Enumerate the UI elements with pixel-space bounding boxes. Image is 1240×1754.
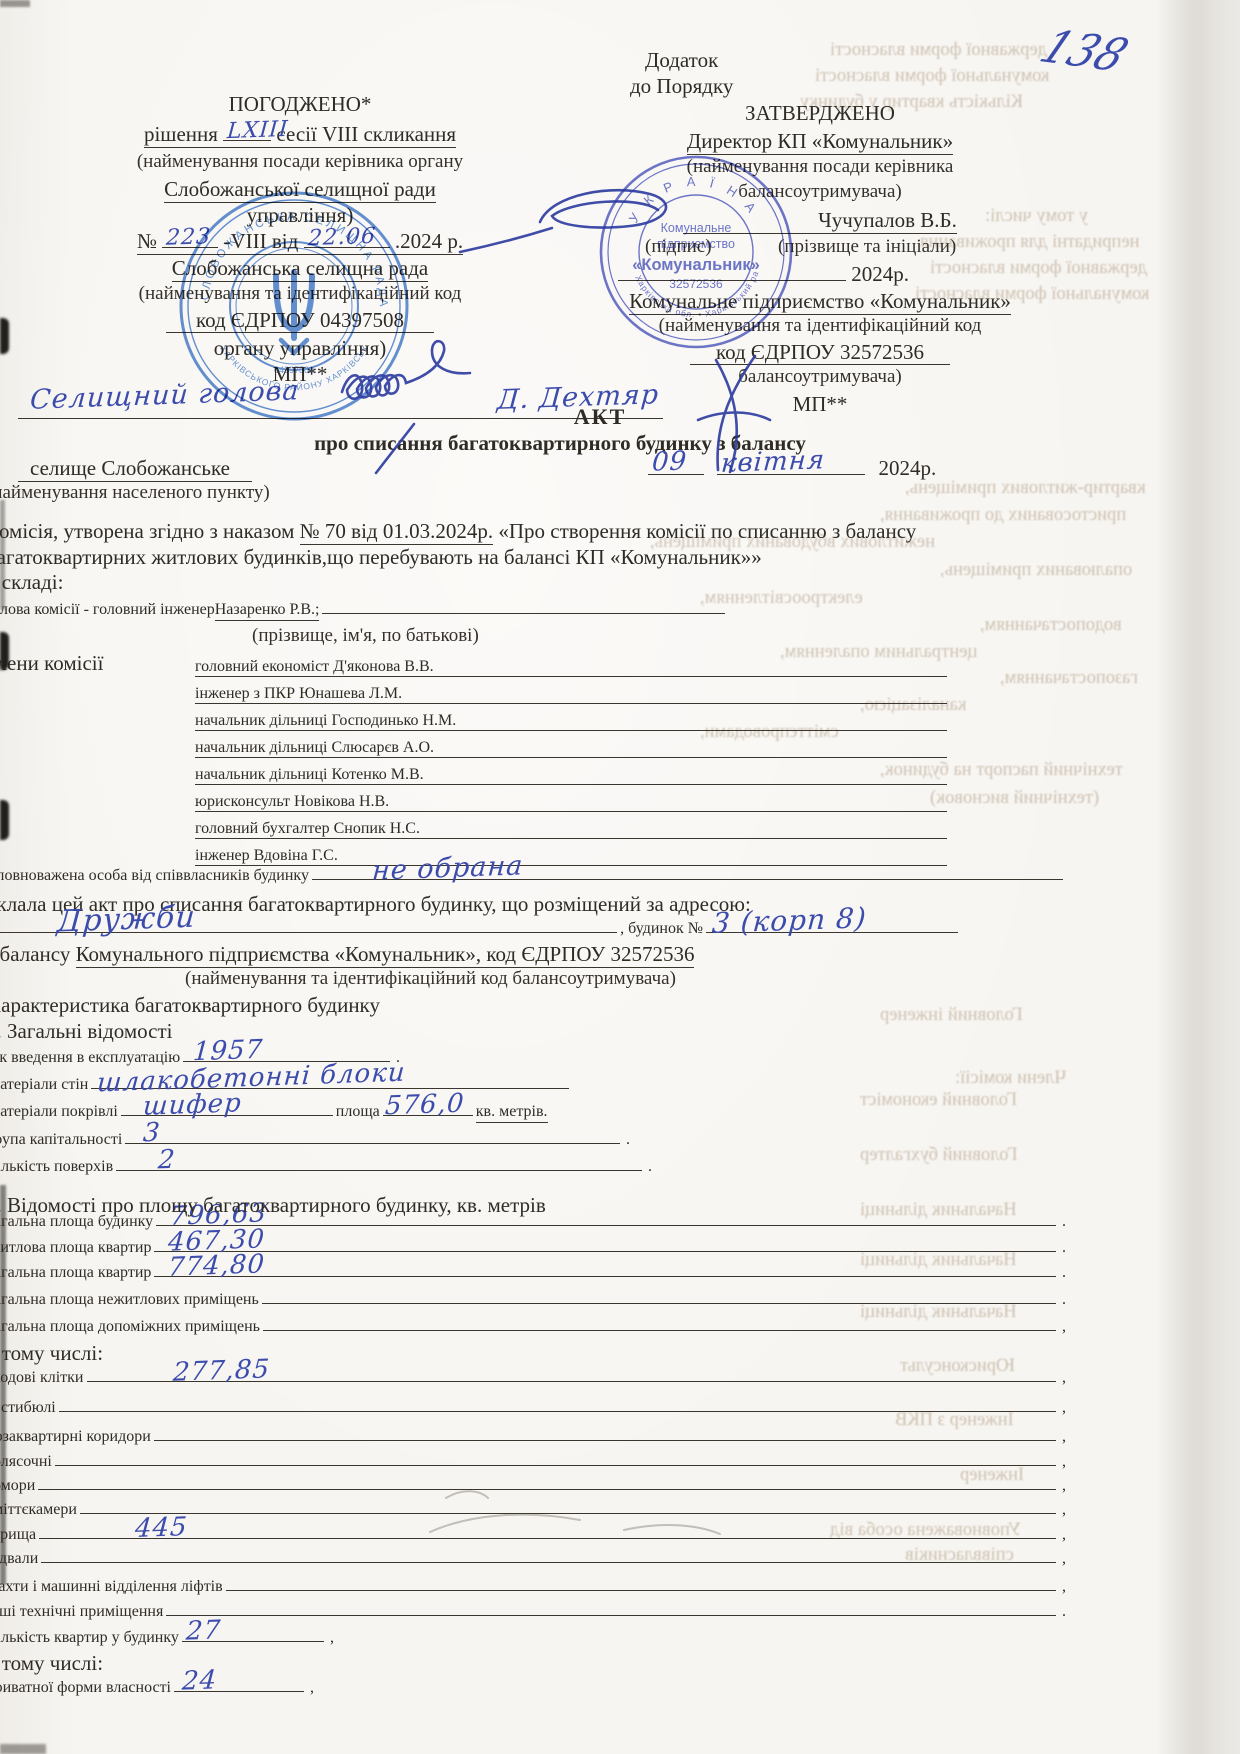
field-value-handwritten: 774,80 xyxy=(167,1249,266,1282)
approved-right-caption4: балансоутримувача) xyxy=(585,366,1055,389)
roof-area-handwritten: 576,0 xyxy=(384,1089,465,1122)
member-name: інженер Вдовіна Г.С. xyxy=(195,847,338,865)
commission-member-row: начальник дільниці Слюсарєв А.О. xyxy=(195,739,947,758)
bleedthrough-text: газопостачанням, xyxy=(1000,668,1138,689)
stamp2-code: 32572536 xyxy=(669,277,723,291)
commission-head-row: голова комісії - головний інженер Назаре… xyxy=(0,598,728,621)
field-label: Загальна площа допоміжних приміщень xyxy=(0,1318,260,1336)
member-name: начальник дільниці Котенко М.В. xyxy=(195,766,424,784)
p1-post: «Про створення комісії по списанню з бал… xyxy=(493,519,916,543)
field-tail-punctuation: , xyxy=(327,1629,334,1647)
annex-line1: Додаток xyxy=(645,48,718,73)
act-month-handwritten: квітня xyxy=(720,445,826,480)
bleedthrough-text: державної форми власності xyxy=(830,40,1047,61)
commission-paragraph-line1: Комісія, утворена згідно з наказом № 70 … xyxy=(0,519,916,544)
field-row: Загальна площа квартир774,80. xyxy=(0,1261,1066,1282)
field-tail-punctuation: , xyxy=(1059,1526,1066,1544)
page-edge-shadow xyxy=(1156,0,1240,1754)
tryzub-icon xyxy=(276,272,312,353)
name-caption: (прізвище та ініціали) xyxy=(778,236,956,259)
field-label: інші технічні приміщення xyxy=(0,1603,163,1621)
company-round-stamp: У К Р А Ї Н А Харківська обл. • Харківсь… xyxy=(596,152,796,352)
field-row: інші технічні приміщення. xyxy=(0,1600,1066,1621)
bleedthrough-text: опалюваних приміщень, xyxy=(940,560,1132,581)
bleedthrough-text: комунальної форми власності xyxy=(815,66,1049,87)
field-label: Група капітальності xyxy=(0,1131,122,1149)
field-tail-punctuation: , xyxy=(307,1679,314,1697)
settlement-name: селище Слобожанське xyxy=(18,456,252,481)
roof-label: Матеріали покрівлі xyxy=(0,1103,118,1121)
bleedthrough-text: водопостачанням, xyxy=(980,615,1122,636)
address-row: Дружби , будинок № 3 (корп 8) xyxy=(0,917,961,938)
stamp2-line1: Комунальне xyxy=(661,221,732,235)
field-row: колясочні, xyxy=(0,1450,1066,1471)
act-year: 2024р. xyxy=(879,456,937,480)
field-label: Житлова площа квартир xyxy=(0,1239,151,1257)
field-tail-punctuation: , xyxy=(1059,1550,1066,1568)
section1-heading: 1. Загальні відомості xyxy=(0,1019,173,1044)
field-value-handwritten: 277,85 xyxy=(171,1354,270,1387)
decision-post: сесії VIII скликання xyxy=(276,122,456,146)
top-left-corner-mark xyxy=(0,0,30,7)
bleedthrough-text: державної форми власності xyxy=(930,258,1147,279)
commission-member-row: головний економіст Д'яконова В.В. xyxy=(195,658,947,677)
field-tail-punctuation: , xyxy=(1059,1369,1066,1387)
council-round-stamp: СЛОБОЖАНСЬКА СЕЛИЩНА РАДА ХАРКІВСЬКОГО Р… xyxy=(176,188,412,424)
field-row: горища445, xyxy=(0,1523,1066,1544)
field-tail-punctuation: . xyxy=(1059,1239,1066,1257)
annex-line2: до Порядку xyxy=(630,74,733,99)
decision-pre: рішення xyxy=(144,122,218,146)
approved-left-caption1: (найменування посади керівника органу xyxy=(60,151,540,174)
field-label: позаквартирні коридори xyxy=(0,1428,151,1446)
house-number-handwritten: 3 (корп 8) xyxy=(711,901,868,940)
field-label: Рік введення в експлуатацію xyxy=(0,1049,180,1067)
authorized-handwritten: не обрана xyxy=(371,850,524,886)
balance-holder: Комунального підприємства «Комунальник»,… xyxy=(76,942,695,968)
roof-row: Матеріали покрівлі шифер площа 576,0 кв.… xyxy=(0,1100,726,1123)
field-label: сміттєкамери xyxy=(0,1501,77,1519)
left-edge-strip-2 xyxy=(0,1185,6,1585)
field-tail-punctuation: , xyxy=(1059,1477,1066,1495)
field-row: комори, xyxy=(0,1474,1066,1495)
field-label: Загальна площа нежитлових приміщень xyxy=(0,1291,259,1309)
field-row: сходові клітки277,85, xyxy=(0,1366,1066,1387)
member-name: начальник дільниці Господинько Н.М. xyxy=(195,712,456,730)
act-subtitle: про списання багатоквартирного будинку з… xyxy=(180,431,940,456)
head-name: Назаренко Р.В.; xyxy=(215,601,320,621)
field-row: Кількість поверхів2. xyxy=(0,1155,652,1176)
field-label: вестибюлі xyxy=(0,1399,56,1417)
decision-session-handwritten: LXIII xyxy=(226,116,289,145)
field-value-handwritten: 27 xyxy=(185,1615,222,1646)
field-tail-punctuation: . xyxy=(1059,1603,1066,1621)
commission-paragraph-line3: у складі: xyxy=(0,570,63,595)
members-label: члени комісії xyxy=(0,651,103,676)
balance-caption: (найменування та ідентифікаційний код ба… xyxy=(185,968,676,991)
field-row: позаквартирні коридори, xyxy=(0,1425,1066,1446)
field-tail-punctuation: . xyxy=(645,1158,652,1176)
approval-year: 2024р. xyxy=(851,262,909,286)
member-name: інженер з ПКР Юнашева Л.М. xyxy=(195,685,402,703)
member-name: юрисконсульт Новікова Н.В. xyxy=(195,793,389,811)
field-row: Матеріали стіншлакобетонні блоки xyxy=(0,1073,572,1094)
field-label: Кількість поверхів xyxy=(0,1158,113,1176)
commission-member-row: начальник дільниці Котенко М.В. xyxy=(195,766,947,785)
bleedthrough-text: пристосованих до проживання, xyxy=(880,505,1126,526)
bleedthrough-text: Головний інженер xyxy=(880,1005,1023,1026)
act-title: АКТ xyxy=(520,404,680,430)
authorized-label: Уповноважена особа від співвласників буд… xyxy=(0,867,309,885)
field-tail-punctuation: , xyxy=(1059,1453,1066,1471)
authorized-person-row: Уповноважена особа від співвласників буд… xyxy=(0,864,1066,885)
bleedthrough-text: Головний бухгалтер xyxy=(860,1145,1018,1166)
balance-row: з балансу Комунального підприємства «Ком… xyxy=(0,942,694,967)
act-day-handwritten: 09 xyxy=(651,446,688,479)
field-value-handwritten: 445 xyxy=(134,1512,189,1544)
p1-pre: Комісія, утворена згідно з наказом xyxy=(0,519,300,543)
field-tail-punctuation: , xyxy=(1059,1318,1066,1336)
field-row: шахти і машинні відділення ліфтів, xyxy=(0,1575,1066,1596)
approved-right-director: Директор КП «Комунальник» xyxy=(585,129,1055,154)
roof-material-handwritten: шифер xyxy=(142,1088,243,1122)
page-number-handwritten: 138 xyxy=(1032,21,1136,82)
bottom-left-corner-mark xyxy=(0,1744,46,1754)
field-tail-punctuation: . xyxy=(1059,1291,1066,1309)
binder-mark-3 xyxy=(0,800,9,840)
field-tail-punctuation: , xyxy=(1059,1428,1066,1446)
stamp2-company-name: «Комунальник» xyxy=(632,256,760,274)
field-label: Загальна площа квартир xyxy=(0,1264,151,1282)
bleedthrough-text: квартир-житлових приміщень, xyxy=(905,478,1146,499)
commission-member-row: юрисконсульт Новікова Н.В. xyxy=(195,793,947,812)
field-label: сходові клітки xyxy=(0,1369,84,1387)
member-name: головний економіст Д'яконова В.В. xyxy=(195,658,434,676)
field-label: шахти і машинні відділення ліфтів xyxy=(0,1578,223,1596)
field-row: вестибюлі, xyxy=(0,1396,1066,1417)
roof-area-label: площа xyxy=(336,1103,380,1121)
field-value-handwritten: 2 xyxy=(157,1145,177,1176)
approved-right-title: ЗАТВЕРДЖЕНО xyxy=(585,101,1055,126)
field-tail-punctuation: , xyxy=(1059,1399,1066,1417)
field-tail-punctuation: , xyxy=(1059,1578,1066,1596)
section2-heading: 2. Відомості про площу багатоквартирного… xyxy=(0,1193,546,1218)
binder-mark-2 xyxy=(0,632,9,670)
street-handwritten: Дружби xyxy=(56,900,197,940)
stamp-edrpou-code: 04397508 xyxy=(274,365,314,375)
member-name: начальник дільниці Слюсарєв А.О. xyxy=(195,739,434,757)
head-label: голова комісії - головний інженер xyxy=(0,601,215,619)
stamp2-line2: підприємство xyxy=(657,237,735,251)
field-row: Кількість квартир у будинку27, xyxy=(0,1626,334,1647)
commission-member-row: головний бухгалтер Снопик Н.С. xyxy=(195,820,947,839)
head-caption: (прізвище, ім'я, по батькові) xyxy=(252,625,479,648)
field-tail-punctuation: . xyxy=(623,1131,630,1149)
field-row: Загальна площа допоміжних приміщень, xyxy=(0,1315,1066,1336)
house-label: , будинок № xyxy=(620,920,703,938)
scanned-act-document: державної форми власностікомунальної фор… xyxy=(0,0,1240,1754)
including-label-1: у тому числі: xyxy=(0,1341,103,1366)
field-tail-punctuation: , xyxy=(1059,1501,1066,1519)
field-value-handwritten: 24 xyxy=(181,1665,218,1696)
field-row: підвали, xyxy=(0,1547,1066,1568)
field-row: Житлова площа квартир467,30. xyxy=(0,1236,1066,1257)
act-date-line: 09 квітня 2024р. xyxy=(648,456,936,481)
number-prefix: № xyxy=(137,229,157,253)
balance-pre: з балансу xyxy=(0,942,76,966)
roof-units: кв. метрів. xyxy=(476,1103,548,1123)
field-label: Матеріали стін xyxy=(0,1076,88,1094)
field-label: колясочні xyxy=(0,1453,52,1471)
left-edge-strip-1 xyxy=(0,500,5,610)
including-label-2: у тому числі: xyxy=(0,1651,103,1676)
bleedthrough-text: Головний економіст xyxy=(860,1090,1017,1111)
field-row: Загальна площа нежитлових приміщень. xyxy=(0,1288,1066,1309)
field-label: Кількість квартир у будинку xyxy=(0,1629,179,1647)
field-tail-punctuation: . xyxy=(1059,1264,1066,1282)
commission-member-row: інженер з ПКР Юнашева Л.М. xyxy=(195,685,947,704)
field-label: приватної форми власності xyxy=(0,1679,171,1697)
binder-mark-1 xyxy=(0,318,9,354)
settlement-caption: (найменування населеного пункту) xyxy=(0,482,270,505)
commission-member-row: начальник дільниці Господинько Н.М. xyxy=(195,712,947,731)
member-name: головний бухгалтер Снопик Н.С. xyxy=(195,820,420,838)
approved-left-title: ПОГОДЖЕНО* xyxy=(60,92,540,117)
characteristics-heading: Характеристика багатоквартирного будинку xyxy=(0,993,380,1018)
field-row: приватної форми власності24, xyxy=(0,1676,314,1697)
commission-paragraph-line2: багатоквартирних житлових будинків,що пе… xyxy=(0,545,762,570)
approved-left-decision: рішення LXIII сесії VIII скликання xyxy=(60,122,540,147)
bleedthrough-text: (технічний висновок) xyxy=(930,788,1099,809)
field-tail-punctuation: . xyxy=(1059,1213,1066,1231)
order-number: № 70 від 01.03.2024р. xyxy=(300,519,493,545)
bleedthrough-text: Члени комісії: xyxy=(955,1068,1066,1089)
field-row: Група капітальності3. xyxy=(0,1128,630,1149)
